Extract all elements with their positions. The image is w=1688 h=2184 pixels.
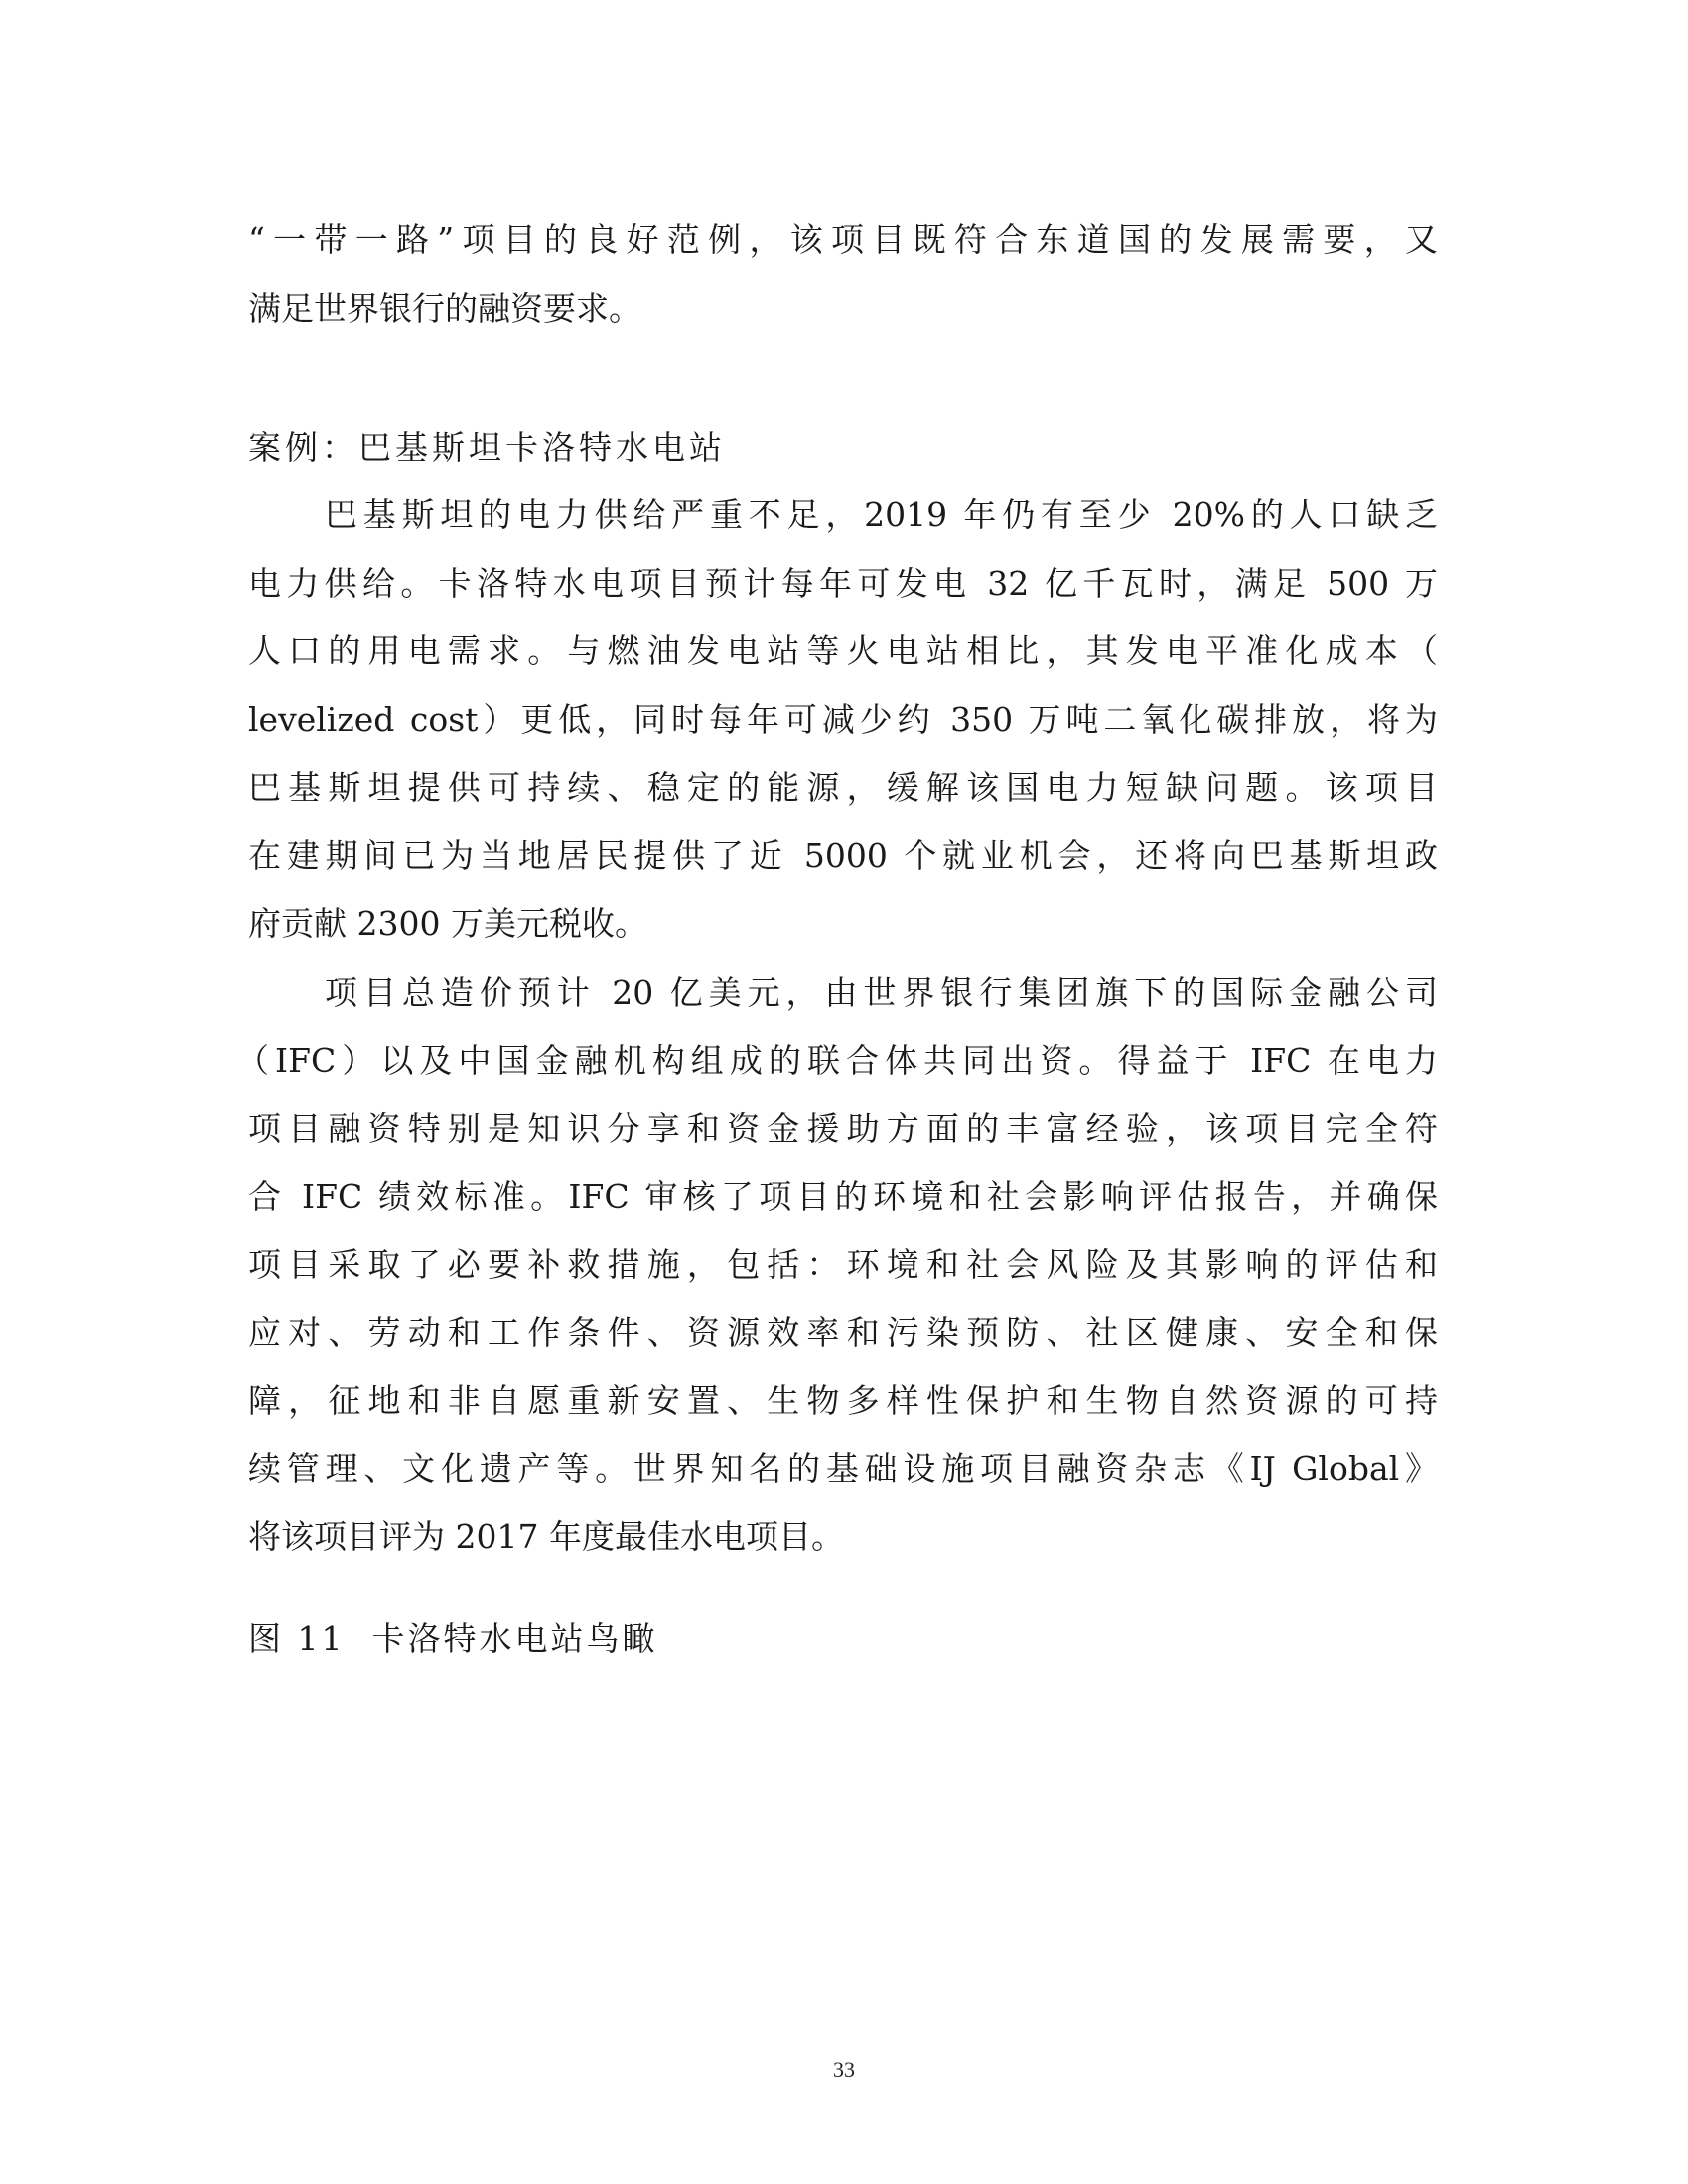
paragraph-line: 巴基斯坦提供可持续、稳定的能源，缓解该国电力短缺问题。该项目 <box>248 753 1438 822</box>
paragraph-line: 续管理、文化遗产等。世界知名的基础设施项目融资杂志《IJ Global》 <box>248 1434 1438 1503</box>
paragraph-line: 项目采取了必要补救措施，包括：环境和社会风险及其影响的评估和 <box>248 1230 1438 1298</box>
paragraph-line: 障，征地和非自愿重新安置、生物多样性保护和生物自然资源的可持 <box>248 1366 1438 1434</box>
paragraph-line: 项目总造价预计 20 亿美元，由世界银行集团旗下的国际金融公司 <box>325 958 1438 1026</box>
paragraph-line: 巴基斯坦的电力供给严重不足，2019 年仍有至少 20%的人口缺乏 <box>325 480 1438 549</box>
document-page: “一带一路”项目的良好范例，该项目既符合东道国的发展需要，又 满足世界银行的融资… <box>0 0 1688 2184</box>
page-number: 33 <box>0 2057 1688 2083</box>
paragraph-line: 在建期间已为当地居民提供了近 5000 个就业机会，还将向巴基斯坦政 <box>248 821 1438 889</box>
paragraph-line: 满足世界银行的融资要求。 <box>248 274 1438 342</box>
paragraph-line: 应对、劳动和工作条件、资源效率和污染预防、社区健康、安全和保 <box>248 1298 1438 1367</box>
paragraph-line: levelized cost）更低，同时每年可减少约 350 万吨二氧化碳排放，… <box>248 685 1438 753</box>
paragraph-line: 将该项目评为 2017 年度最佳水电项目。 <box>248 1502 1438 1570</box>
paragraph-line: 项目融资特别是知识分享和资金援助方面的丰富经验，该项目完全符 <box>248 1094 1438 1162</box>
paragraph-line: “一带一路”项目的良好范例，该项目既符合东道国的发展需要，又 <box>248 205 1438 274</box>
case-heading: 案例：巴基斯坦卡洛特水电站 <box>248 413 726 481</box>
paragraph-line: 人口的用电需求。与燃油发电站等火电站相比，其发电平准化成本（ <box>248 616 1438 685</box>
paragraph-line: （IFC）以及中国金融机构组成的联合体共同出资。得益于 IFC 在电力 <box>236 1026 1438 1095</box>
paragraph-line: 府贡献 2300 万美元税收。 <box>248 889 1438 958</box>
paragraph-line: 合 IFC 绩效标准。IFC 审核了项目的环境和社会影响评估报告，并确保 <box>248 1162 1438 1231</box>
figure-caption: 图 11 卡洛特水电站鸟瞰 <box>248 1604 657 1673</box>
paragraph-line: 电力供给。卡洛特水电项目预计每年可发电 32 亿千瓦时，满足 500 万 <box>248 549 1438 617</box>
